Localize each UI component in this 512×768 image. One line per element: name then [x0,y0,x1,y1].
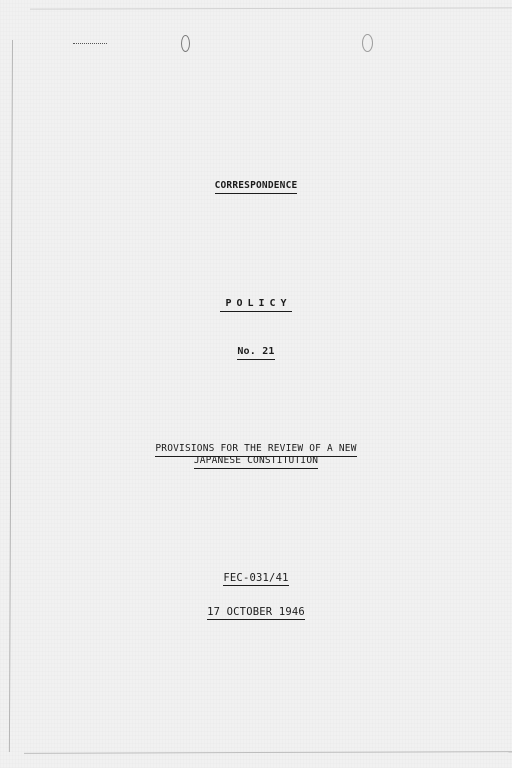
page-left-edge [9,40,13,752]
paper-mark [73,43,107,45]
heading: CORRESPONDENCE [215,180,298,194]
reference-line: FEC-031/41 [0,572,512,586]
policy-number: No. 21 [237,346,274,360]
reference-code: FEC-031/41 [223,572,288,586]
category: POLICY [220,298,291,312]
title-part-2: JAPANESE CONSTITUTION [194,455,318,469]
date-line: 17 OCTOBER 1946 [0,606,512,620]
document-date: 17 OCTOBER 1946 [207,606,305,620]
heading-line: CORRESPONDENCE [0,180,512,194]
page-top-edge [30,7,512,9]
category-line: POLICY [0,298,512,312]
document-page: CORRESPONDENCE POLICY No. 21 PROVISIONS … [0,0,512,768]
page-bottom-edge [24,751,512,754]
punch-hole-icon [181,35,190,52]
punch-hole-icon [362,34,373,52]
title-line-2: JAPANESE CONSTITUTION [0,455,512,469]
number-line: No. 21 [0,346,512,360]
